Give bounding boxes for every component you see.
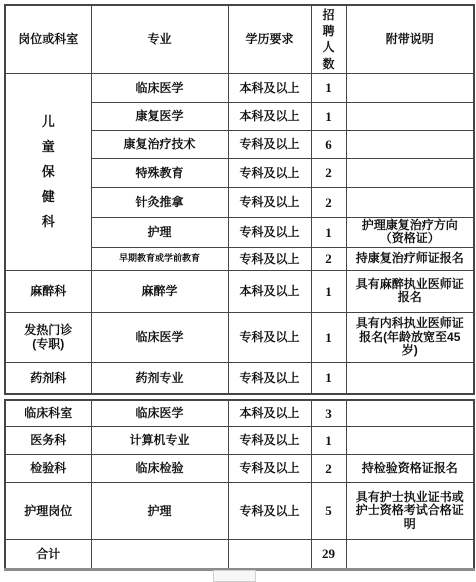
cell-count: 1: [311, 270, 346, 312]
cell-note: [346, 130, 474, 158]
cell-edu: 专科及以上: [228, 454, 311, 482]
cell-dept: 医务科: [5, 426, 91, 454]
cell-edu: 专科及以上: [228, 482, 311, 539]
table-row: 发热门诊 (专职) 临床医学 专科及以上 1 具有内科执业医师证报名(年龄放宽至…: [5, 312, 474, 362]
cell-note: [346, 187, 474, 217]
cell-edu: 专科及以上: [228, 362, 311, 394]
cell-major: [91, 539, 228, 569]
table-row: 检验科 临床检验 专科及以上 2 持检验资格证报名: [5, 454, 474, 482]
cell-edu: 专科及以上: [228, 426, 311, 454]
cell-count: 1: [311, 426, 346, 454]
cell-count: 2: [311, 247, 346, 270]
cell-count: 5: [311, 482, 346, 539]
cell-major: 药剂专业: [91, 362, 228, 394]
cutoff-page-element: [213, 570, 256, 575]
cell-note: [346, 362, 474, 394]
cell-major: 临床检验: [91, 454, 228, 482]
cell-note: [346, 426, 474, 454]
total-row: 合计 29: [5, 539, 474, 569]
cell-count: 2: [311, 187, 346, 217]
cell-note: 具有内科执业医师证报名(年龄放宽至45岁): [346, 312, 474, 362]
cell-note: [346, 158, 474, 187]
cell-note: 持康复治疗师证报名: [346, 247, 474, 270]
dept-vertical-text: 儿童保健科: [41, 109, 55, 234]
cell-edu: 本科及以上: [228, 102, 311, 130]
cell-dept: 麻醉科: [5, 270, 91, 312]
cell-major: 康复治疗技术: [91, 130, 228, 158]
cell-edu: 专科及以上: [228, 130, 311, 158]
cell-major: 特殊教育: [91, 158, 228, 187]
cell-total-count: 29: [311, 539, 346, 569]
cell-count: 2: [311, 158, 346, 187]
cell-major: 临床医学: [91, 73, 228, 102]
cell-major: 临床医学: [91, 312, 228, 362]
cell-note: 持检验资格证报名: [346, 454, 474, 482]
table-row: 医务科 计算机专业 专科及以上 1: [5, 426, 474, 454]
cell-major: 计算机专业: [91, 426, 228, 454]
cell-note: [346, 539, 474, 569]
recruitment-table-document: 岗位或科室 专业 学历要求 招聘人数 附带说明 儿童保健科 临床医学 本科及以上…: [4, 4, 475, 571]
recruitment-table-main: 岗位或科室 专业 学历要求 招聘人数 附带说明 儿童保健科 临床医学 本科及以上…: [4, 4, 475, 395]
cell-edu: 专科及以上: [228, 158, 311, 187]
header-note: 附带说明: [346, 5, 474, 73]
cell-dept: 药剂科: [5, 362, 91, 394]
cell-edu: 本科及以上: [228, 73, 311, 102]
cell-count: 1: [311, 102, 346, 130]
cell-note: [346, 73, 474, 102]
cell-total-label: 合计: [5, 539, 91, 569]
header-major: 专业: [91, 5, 228, 73]
header-edu: 学历要求: [228, 5, 311, 73]
cell-edu: 专科及以上: [228, 187, 311, 217]
cell-major: 针灸推拿: [91, 187, 228, 217]
cell-edu: [228, 539, 311, 569]
header-count: 招聘人数: [311, 5, 346, 73]
cell-dept: 发热门诊 (专职): [5, 312, 91, 362]
header-dept: 岗位或科室: [5, 5, 91, 73]
cell-count: 1: [311, 217, 346, 247]
table-row: 临床科室 临床医学 本科及以上 3: [5, 400, 474, 426]
cell-major: 早期教育或学前教育: [91, 247, 228, 270]
cell-note: [346, 102, 474, 130]
cell-major: 康复医学: [91, 102, 228, 130]
cell-count: 1: [311, 312, 346, 362]
cell-dept-child-healthcare: 儿童保健科: [5, 73, 91, 270]
cell-major: 护理: [91, 217, 228, 247]
cell-count: 1: [311, 362, 346, 394]
cell-dept: 检验科: [5, 454, 91, 482]
cell-note: 具有护士执业证书或护士资格考试合格证明: [346, 482, 474, 539]
cell-major: 临床医学: [91, 400, 228, 426]
cell-edu: 本科及以上: [228, 270, 311, 312]
cell-major: 麻醉学: [91, 270, 228, 312]
cell-edu: 本科及以上: [228, 400, 311, 426]
table-row: 护理岗位 护理 专科及以上 5 具有护士执业证书或护士资格考试合格证明: [5, 482, 474, 539]
header-row: 岗位或科室 专业 学历要求 招聘人数 附带说明: [5, 5, 474, 73]
cell-edu: 专科及以上: [228, 312, 311, 362]
cell-dept: 临床科室: [5, 400, 91, 426]
cell-count: 3: [311, 400, 346, 426]
cell-note: 具有麻醉执业医师证报名: [346, 270, 474, 312]
header-count-vertical-text: 招聘人数: [322, 7, 335, 72]
cell-note: 护理康复治疗方向（资格证）: [346, 217, 474, 247]
recruitment-table-secondary: 临床科室 临床医学 本科及以上 3 医务科 计算机专业 专科及以上 1 检验科 …: [4, 399, 475, 571]
table-row: 药剂科 药剂专业 专科及以上 1: [5, 362, 474, 394]
cell-edu: 专科及以上: [228, 217, 311, 247]
cell-dept: 护理岗位: [5, 482, 91, 539]
cell-note: [346, 400, 474, 426]
table-row: 儿童保健科 临床医学 本科及以上 1: [5, 73, 474, 102]
cell-count: 2: [311, 454, 346, 482]
cell-edu: 专科及以上: [228, 247, 311, 270]
cell-major: 护理: [91, 482, 228, 539]
cell-count: 6: [311, 130, 346, 158]
cell-count: 1: [311, 73, 346, 102]
table-row: 麻醉科 麻醉学 本科及以上 1 具有麻醉执业医师证报名: [5, 270, 474, 312]
